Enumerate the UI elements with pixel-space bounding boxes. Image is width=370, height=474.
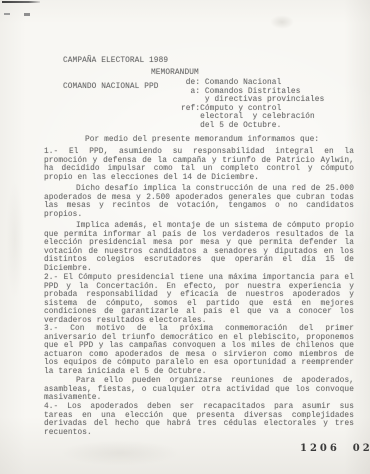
memo-paragraph-2: Dicho desafío implica la construcción de…: [44, 185, 354, 219]
memo-paragraph-3: Implica además, el montaje de un sistema…: [44, 222, 354, 274]
memo-paragraph-7: 4.- Los apoderados deben ser recapacitad…: [44, 403, 354, 437]
scan-smudge: [270, 15, 294, 29]
memo-paragraph-1: 1.- El PPD, asumiendo su responsabilidad…: [44, 148, 354, 182]
campaign-title: CAMPAÑA ELECTORAL 1989: [63, 57, 168, 66]
scan-smudge: [6, 180, 24, 300]
archive-number-stamp: 1206 02: [300, 443, 370, 454]
scan-smudge: [60, 440, 180, 466]
organization-name: COMANDO NACIONAL PPD: [63, 83, 168, 92]
memo-paragraph-5: 3.- Con motivo de la próxima conmemoraci…: [44, 325, 354, 377]
scan-artifact-dash: [24, 13, 30, 16]
memo-paragraph-6: Para ello pueden organizarse reuniones d…: [44, 377, 354, 403]
memo-paragraph-4: 2.- El Cómputo presidencial tiene una má…: [44, 274, 354, 326]
memo-fields: de: Comando Nacional a: Comandos Distrit…: [181, 79, 324, 131]
scan-artifact-dash: [4, 13, 10, 15]
memo-intro-line: Por medio del presente memorandum inform…: [45, 136, 345, 145]
scanned-memo-page: CAMPAÑA ELECTORAL 1989 COMANDO NACIONAL …: [0, 0, 370, 474]
memo-title: MEMORANDUM: [151, 69, 199, 78]
scan-artifact-corner-line: [2, 1, 40, 3]
